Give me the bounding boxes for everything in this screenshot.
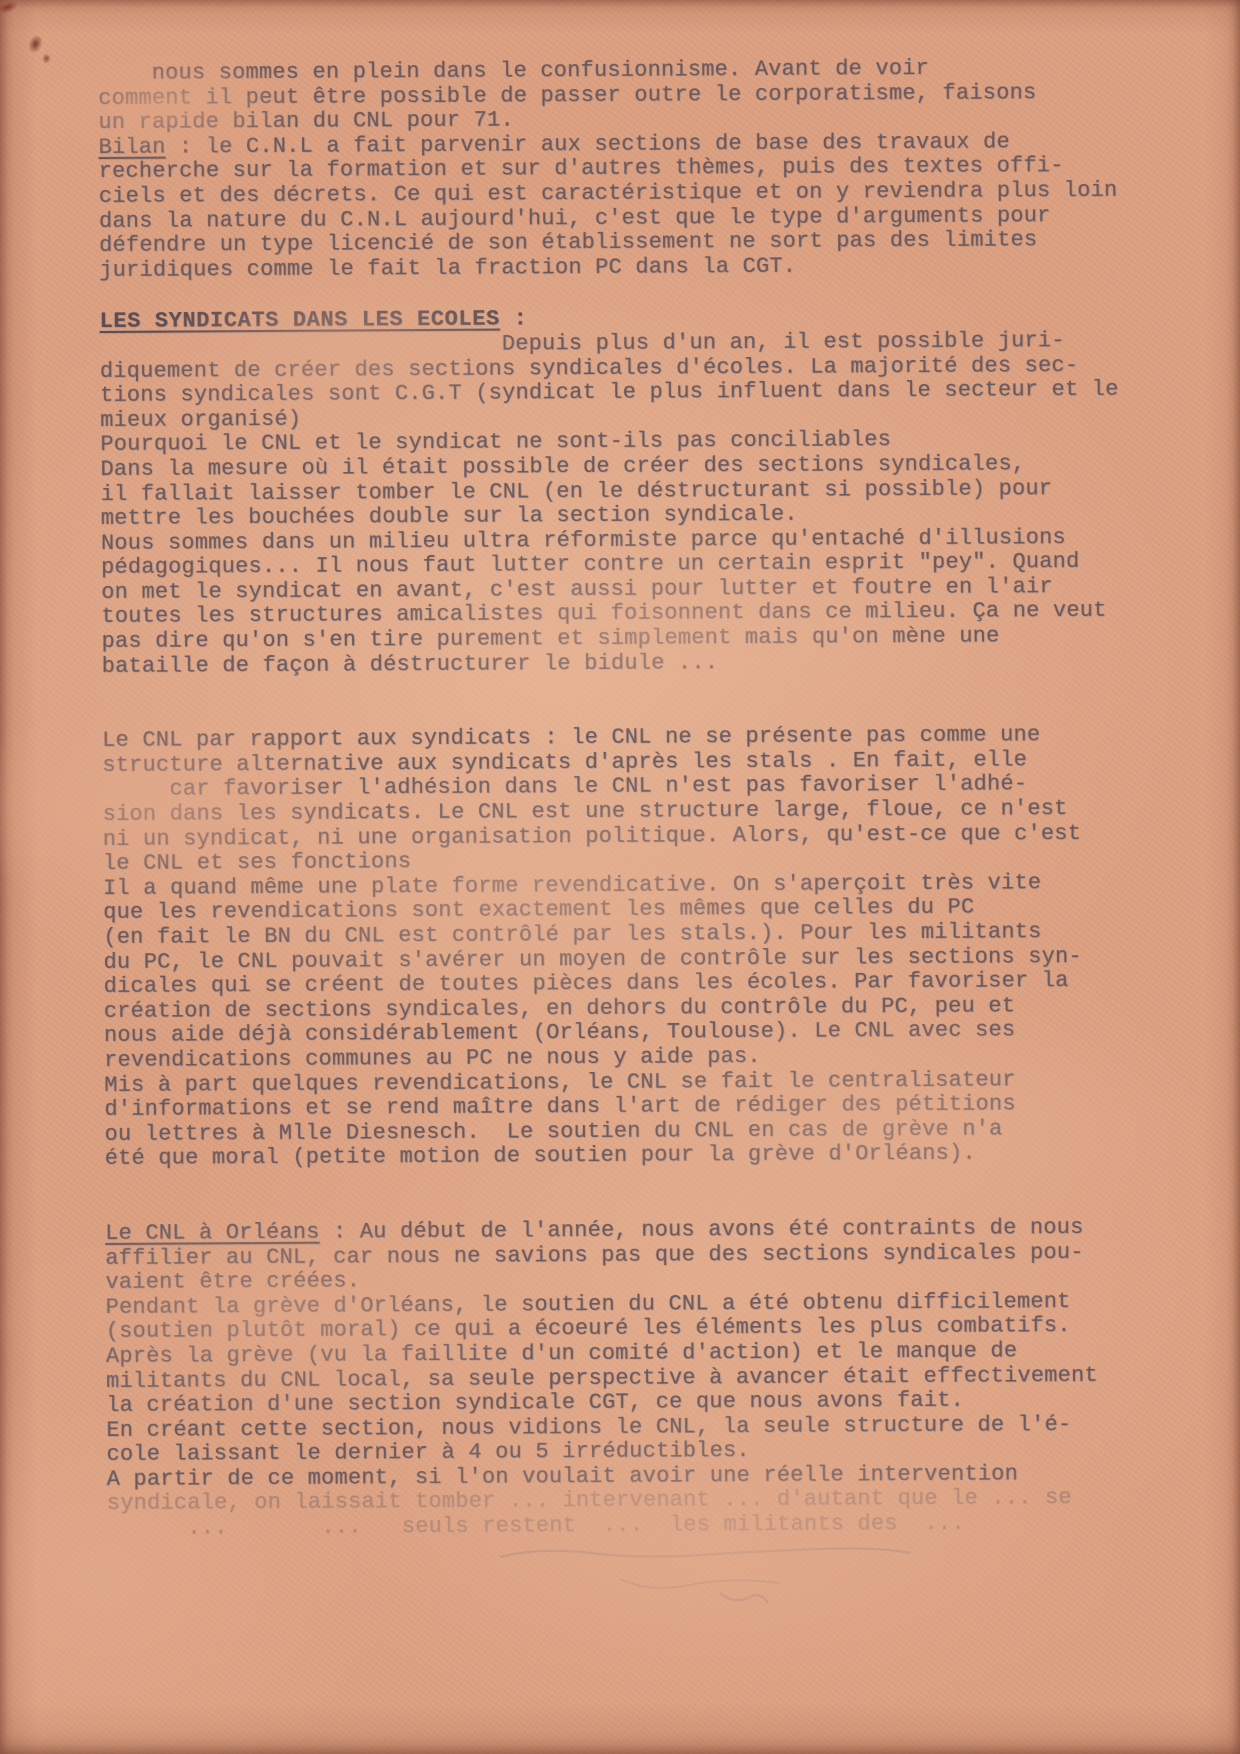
text-line: été que moral (petite motion de soutien … bbox=[105, 1141, 1165, 1172]
underlined-text: Bilan bbox=[98, 134, 165, 159]
corner-ink-stain bbox=[0, 0, 28, 18]
cnl-orleans-paragraph: Le CNL à Orléans : Au début de l'année, … bbox=[105, 1215, 1167, 1541]
text-line: juridiques comme le fait la fraction PC … bbox=[99, 252, 1159, 283]
underlined-text: LES SYNDICATS DANS LES ECOLES bbox=[100, 307, 500, 334]
underlined-text: Le CNL à Orléans bbox=[105, 1220, 320, 1246]
text-line: ... ... seuls restent ... les militants … bbox=[107, 1511, 1167, 1542]
intro-paragraph: nous sommes en plein dans le confusionni… bbox=[98, 56, 1159, 284]
paper-stain bbox=[41, 52, 52, 65]
page-text: nous sommes en plein dans le confusionni… bbox=[98, 56, 1167, 1542]
cnl-syndicats-paragraph: Le CNL par rapport aux syndicats : le CN… bbox=[102, 723, 1165, 1172]
pencil-scribble bbox=[470, 1535, 970, 1625]
text-line: bataille de façon à déstructurer le bidu… bbox=[102, 648, 1162, 679]
syndicats-paragraph: Depuis plus d'un an, il est possible jur… bbox=[100, 328, 1162, 679]
scanned-page: nous sommes en plein dans le confusionni… bbox=[0, 0, 1240, 1754]
